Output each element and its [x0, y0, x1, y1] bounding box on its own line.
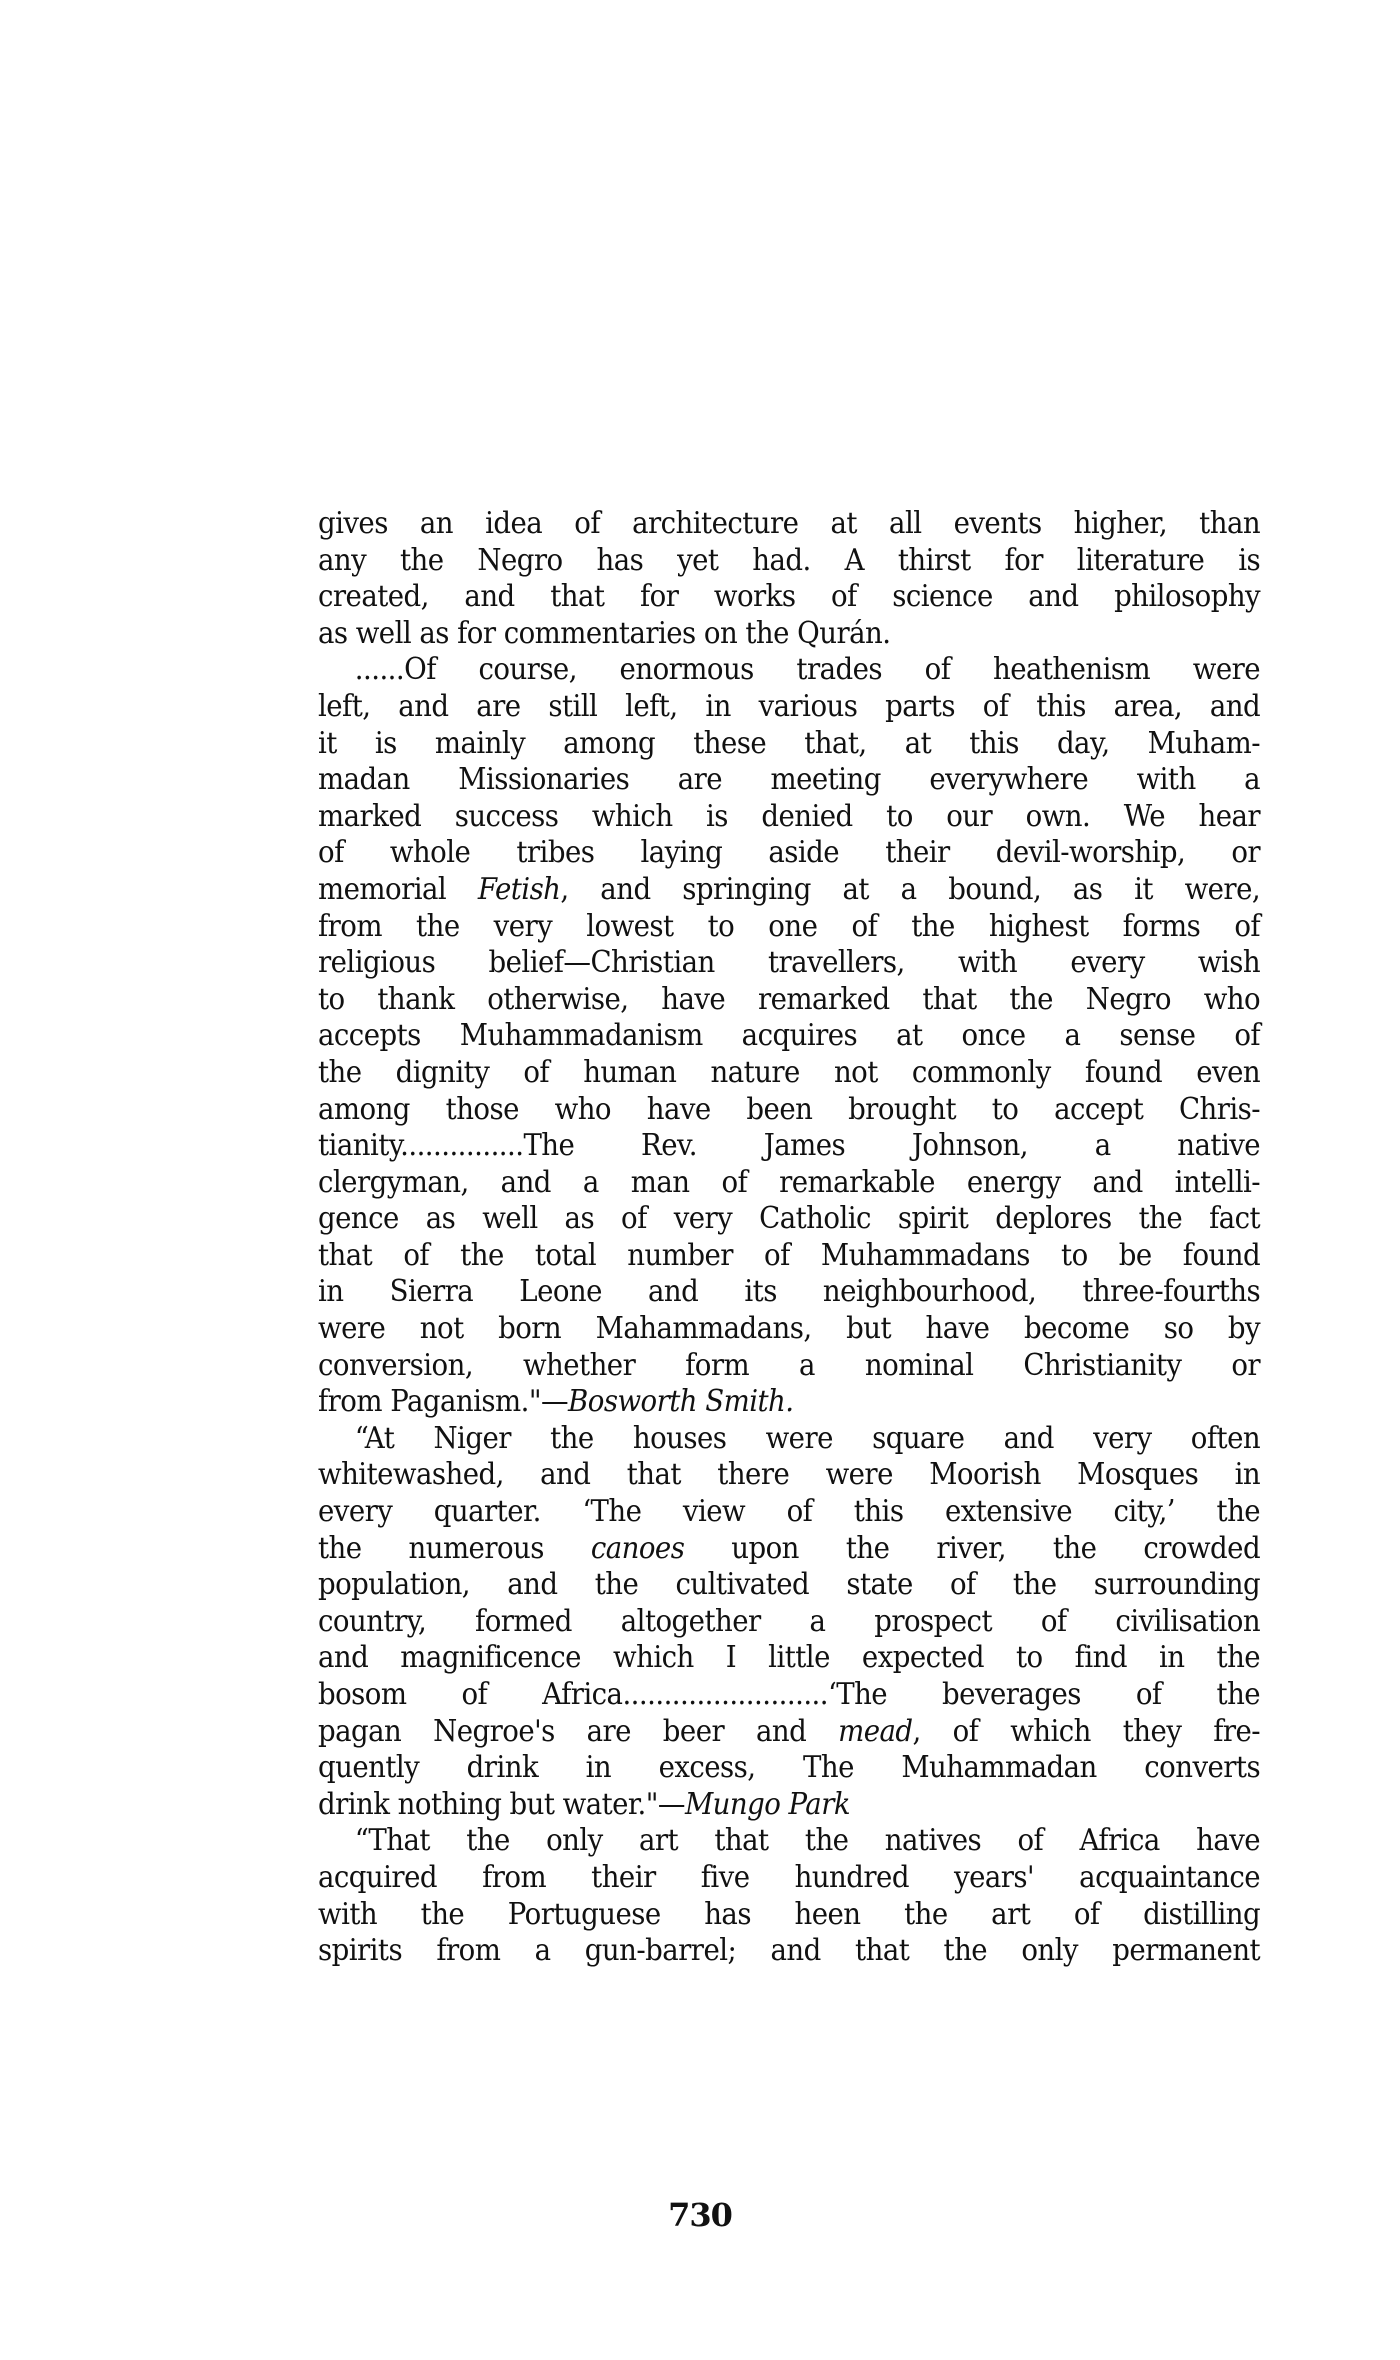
text-segment: drink nothing but water."— [318, 1787, 685, 1822]
text-line: to thank otherwise, have remarked that t… [318, 982, 1260, 1019]
text-line: quently drink in excess, The Muhammadan … [318, 1750, 1260, 1787]
text-line: madan Missionaries are meeting everywher… [318, 762, 1260, 799]
text-line: any the Negro has yet had. A thirst for … [318, 543, 1260, 580]
page-number: 730 [0, 2196, 1400, 2234]
text-line: from the very lowest to one of the highe… [318, 909, 1260, 946]
text-line: country, formed altogether a prospect of… [318, 1604, 1260, 1641]
text-segment: , and springing at a bound, as it were, [560, 872, 1260, 907]
text-segment: upon the river, the crowded [684, 1531, 1260, 1566]
text-segment: pagan Negroe's are beer and [318, 1714, 838, 1749]
text-line: marked success which is denied to our ow… [318, 799, 1260, 836]
text-line: conversion, whether form a nominal Chris… [318, 1348, 1260, 1385]
text-line: the dignity of human nature not commonly… [318, 1055, 1260, 1092]
text-line: the numerous canoes upon the river, the … [318, 1531, 1260, 1568]
text-line: tianity...............The Rev. James Joh… [318, 1128, 1260, 1165]
text-line: with the Portuguese has heen the art of … [318, 1897, 1260, 1934]
text-segment: memorial [318, 872, 478, 907]
text-line: among those who have been brought to acc… [318, 1092, 1260, 1129]
italic-text: Mungo Park [685, 1787, 850, 1822]
text-line: as well as for commentaries on the Qurán… [318, 616, 1260, 653]
italic-text: Bosworth Smith. [568, 1384, 793, 1419]
text-line: spirits from a gun-barrel; and that the … [318, 1933, 1260, 1970]
text-line: created, and that for works of science a… [318, 579, 1260, 616]
book-page: gives an idea of architecture at all eve… [0, 0, 1400, 2360]
text-line: in Sierra Leone and its neighbourhood, t… [318, 1274, 1260, 1311]
text-line: memorial Fetish, and springing at a boun… [318, 872, 1260, 909]
body-text: gives an idea of architecture at all eve… [318, 506, 1260, 1970]
text-line: drink nothing but water."—Mungo Park [318, 1787, 1260, 1824]
text-line: religious belief—Christian travellers, w… [318, 945, 1260, 982]
text-line: bosom of Africa.........................… [318, 1677, 1260, 1714]
text-line: population, and the cultivated state of … [318, 1567, 1260, 1604]
text-line: of whole tribes laying aside their devil… [318, 835, 1260, 872]
text-line: clergyman, and a man of remarkable energ… [318, 1165, 1260, 1202]
text-line: whitewashed, and that there were Moorish… [318, 1457, 1260, 1494]
italic-text: canoes [591, 1531, 684, 1566]
text-segment: the numerous [318, 1531, 591, 1566]
text-line: it is mainly among these that, at this d… [318, 726, 1260, 763]
text-line: “At Niger the houses were square and ver… [318, 1421, 1260, 1458]
text-line: were not born Mahammadans, but have beco… [318, 1311, 1260, 1348]
italic-text: mead [838, 1714, 912, 1749]
text-segment: from Paganism."— [318, 1384, 568, 1419]
text-line: accepts Muhammadanism acquires at once a… [318, 1018, 1260, 1055]
italic-text: Fetish [478, 872, 561, 907]
text-line: left, and are still left, in various par… [318, 689, 1260, 726]
text-line: gives an idea of architecture at all eve… [318, 506, 1260, 543]
text-line: “That the only art that the natives of A… [318, 1823, 1260, 1860]
text-line: every quarter. ‘The view of this extensi… [318, 1494, 1260, 1531]
text-line: from Paganism."—Bosworth Smith. [318, 1384, 1260, 1421]
text-segment: , of which they fre- [913, 1714, 1261, 1749]
text-line: pagan Negroe's are beer and mead, of whi… [318, 1714, 1260, 1751]
text-line: that of the total number of Muhammadans … [318, 1238, 1260, 1275]
text-line: and magnificence which I little expected… [318, 1640, 1260, 1677]
text-line: gence as well as of very Catholic spirit… [318, 1201, 1260, 1238]
text-line: ......Of course, enormous trades of heat… [318, 652, 1260, 689]
text-line: acquired from their five hundred years' … [318, 1860, 1260, 1897]
